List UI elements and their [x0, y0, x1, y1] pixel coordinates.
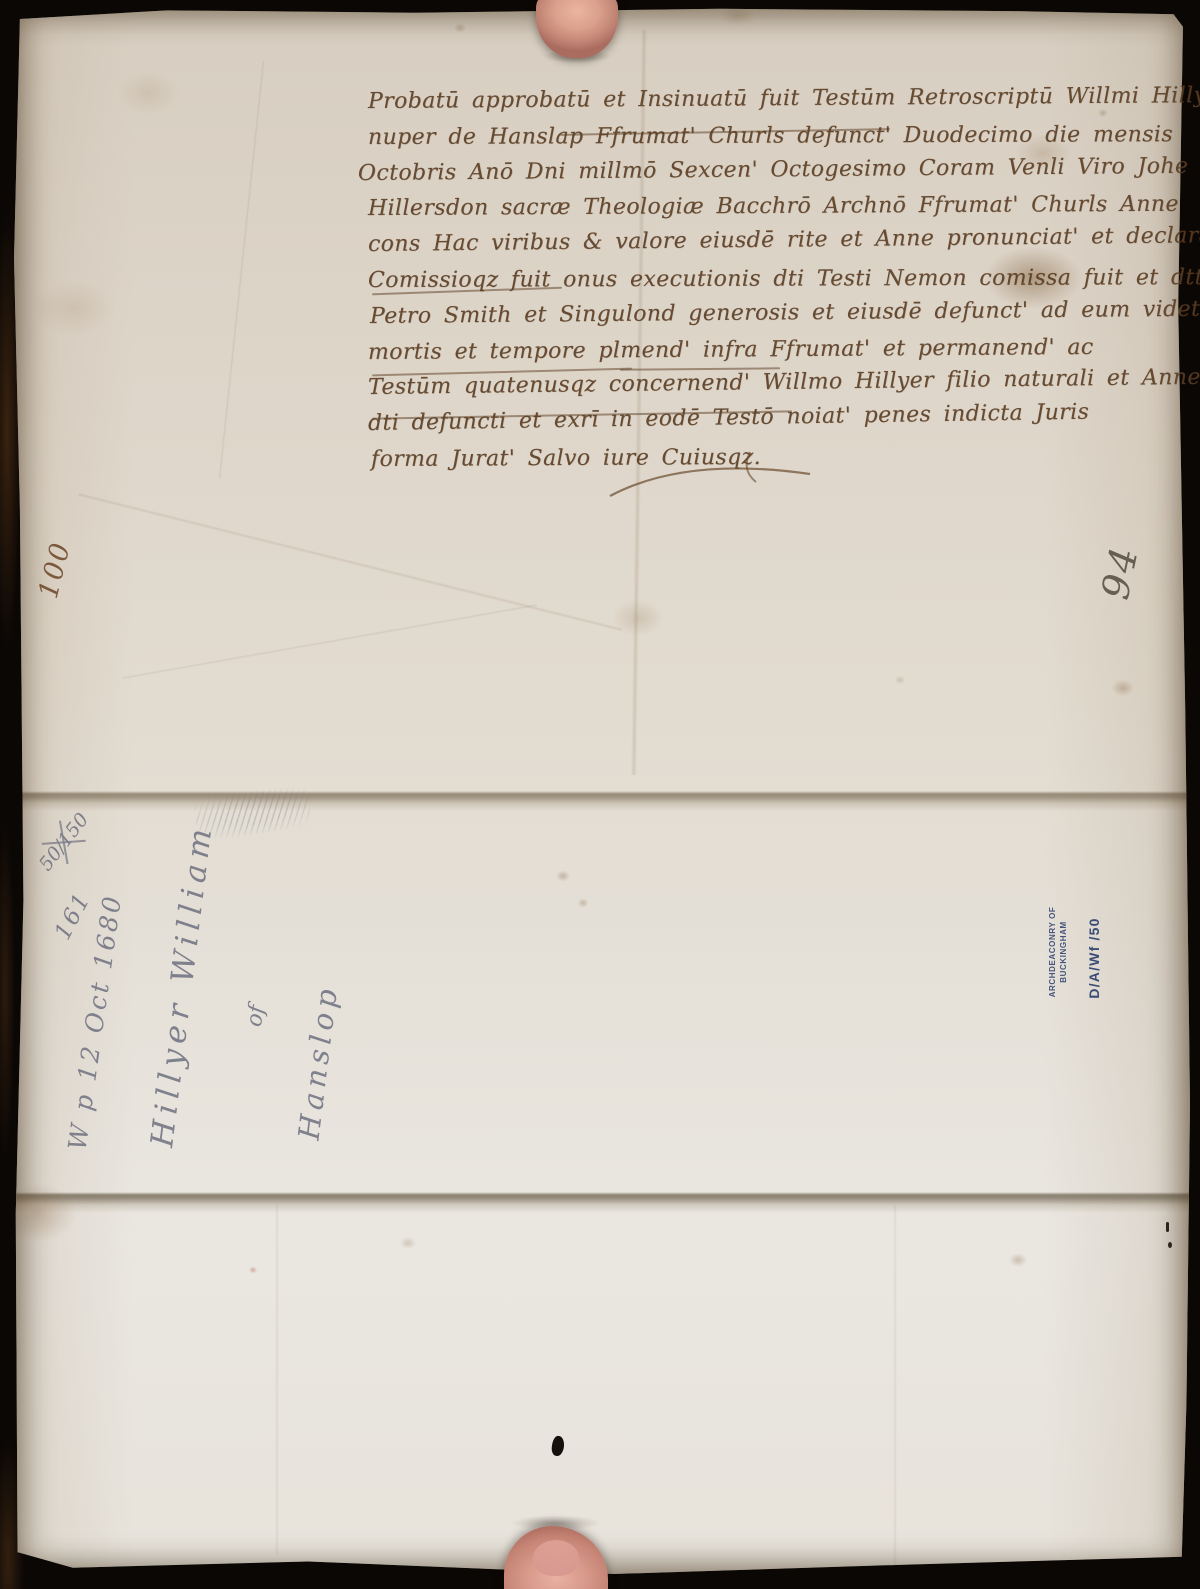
edge-ink-mark — [1168, 1242, 1172, 1248]
edge-ink-mark — [1166, 1222, 1169, 1232]
of-word-annotation: of — [242, 1003, 270, 1028]
probate-act-text: Probatū approbatū et Insinuatū fuit Test… — [368, 84, 1152, 478]
manuscript-line: Octobris Anō Dni millmō Sexcen' Octogesi… — [358, 149, 1152, 192]
manuscript-line: Probatū approbatū et Insinuatū fuit Test… — [368, 79, 1152, 120]
fingernail — [533, 1540, 579, 1576]
manuscript-line: cons Hac viribus & valore eiusdē rite et… — [368, 219, 1152, 263]
stamp-line2: BUCKINGHAM — [1058, 907, 1069, 998]
stamp-line1: ARCHDEACONRY OF — [1047, 907, 1058, 998]
pen-flourish — [600, 448, 820, 503]
reference-text: D/A/Wf /50 — [1086, 917, 1102, 998]
manuscript-line: Petro Smith et Singulond generosis et ei… — [370, 292, 1152, 335]
document-photograph: Probatū approbatū et Insinuatū fuit Test… — [0, 0, 1200, 1589]
